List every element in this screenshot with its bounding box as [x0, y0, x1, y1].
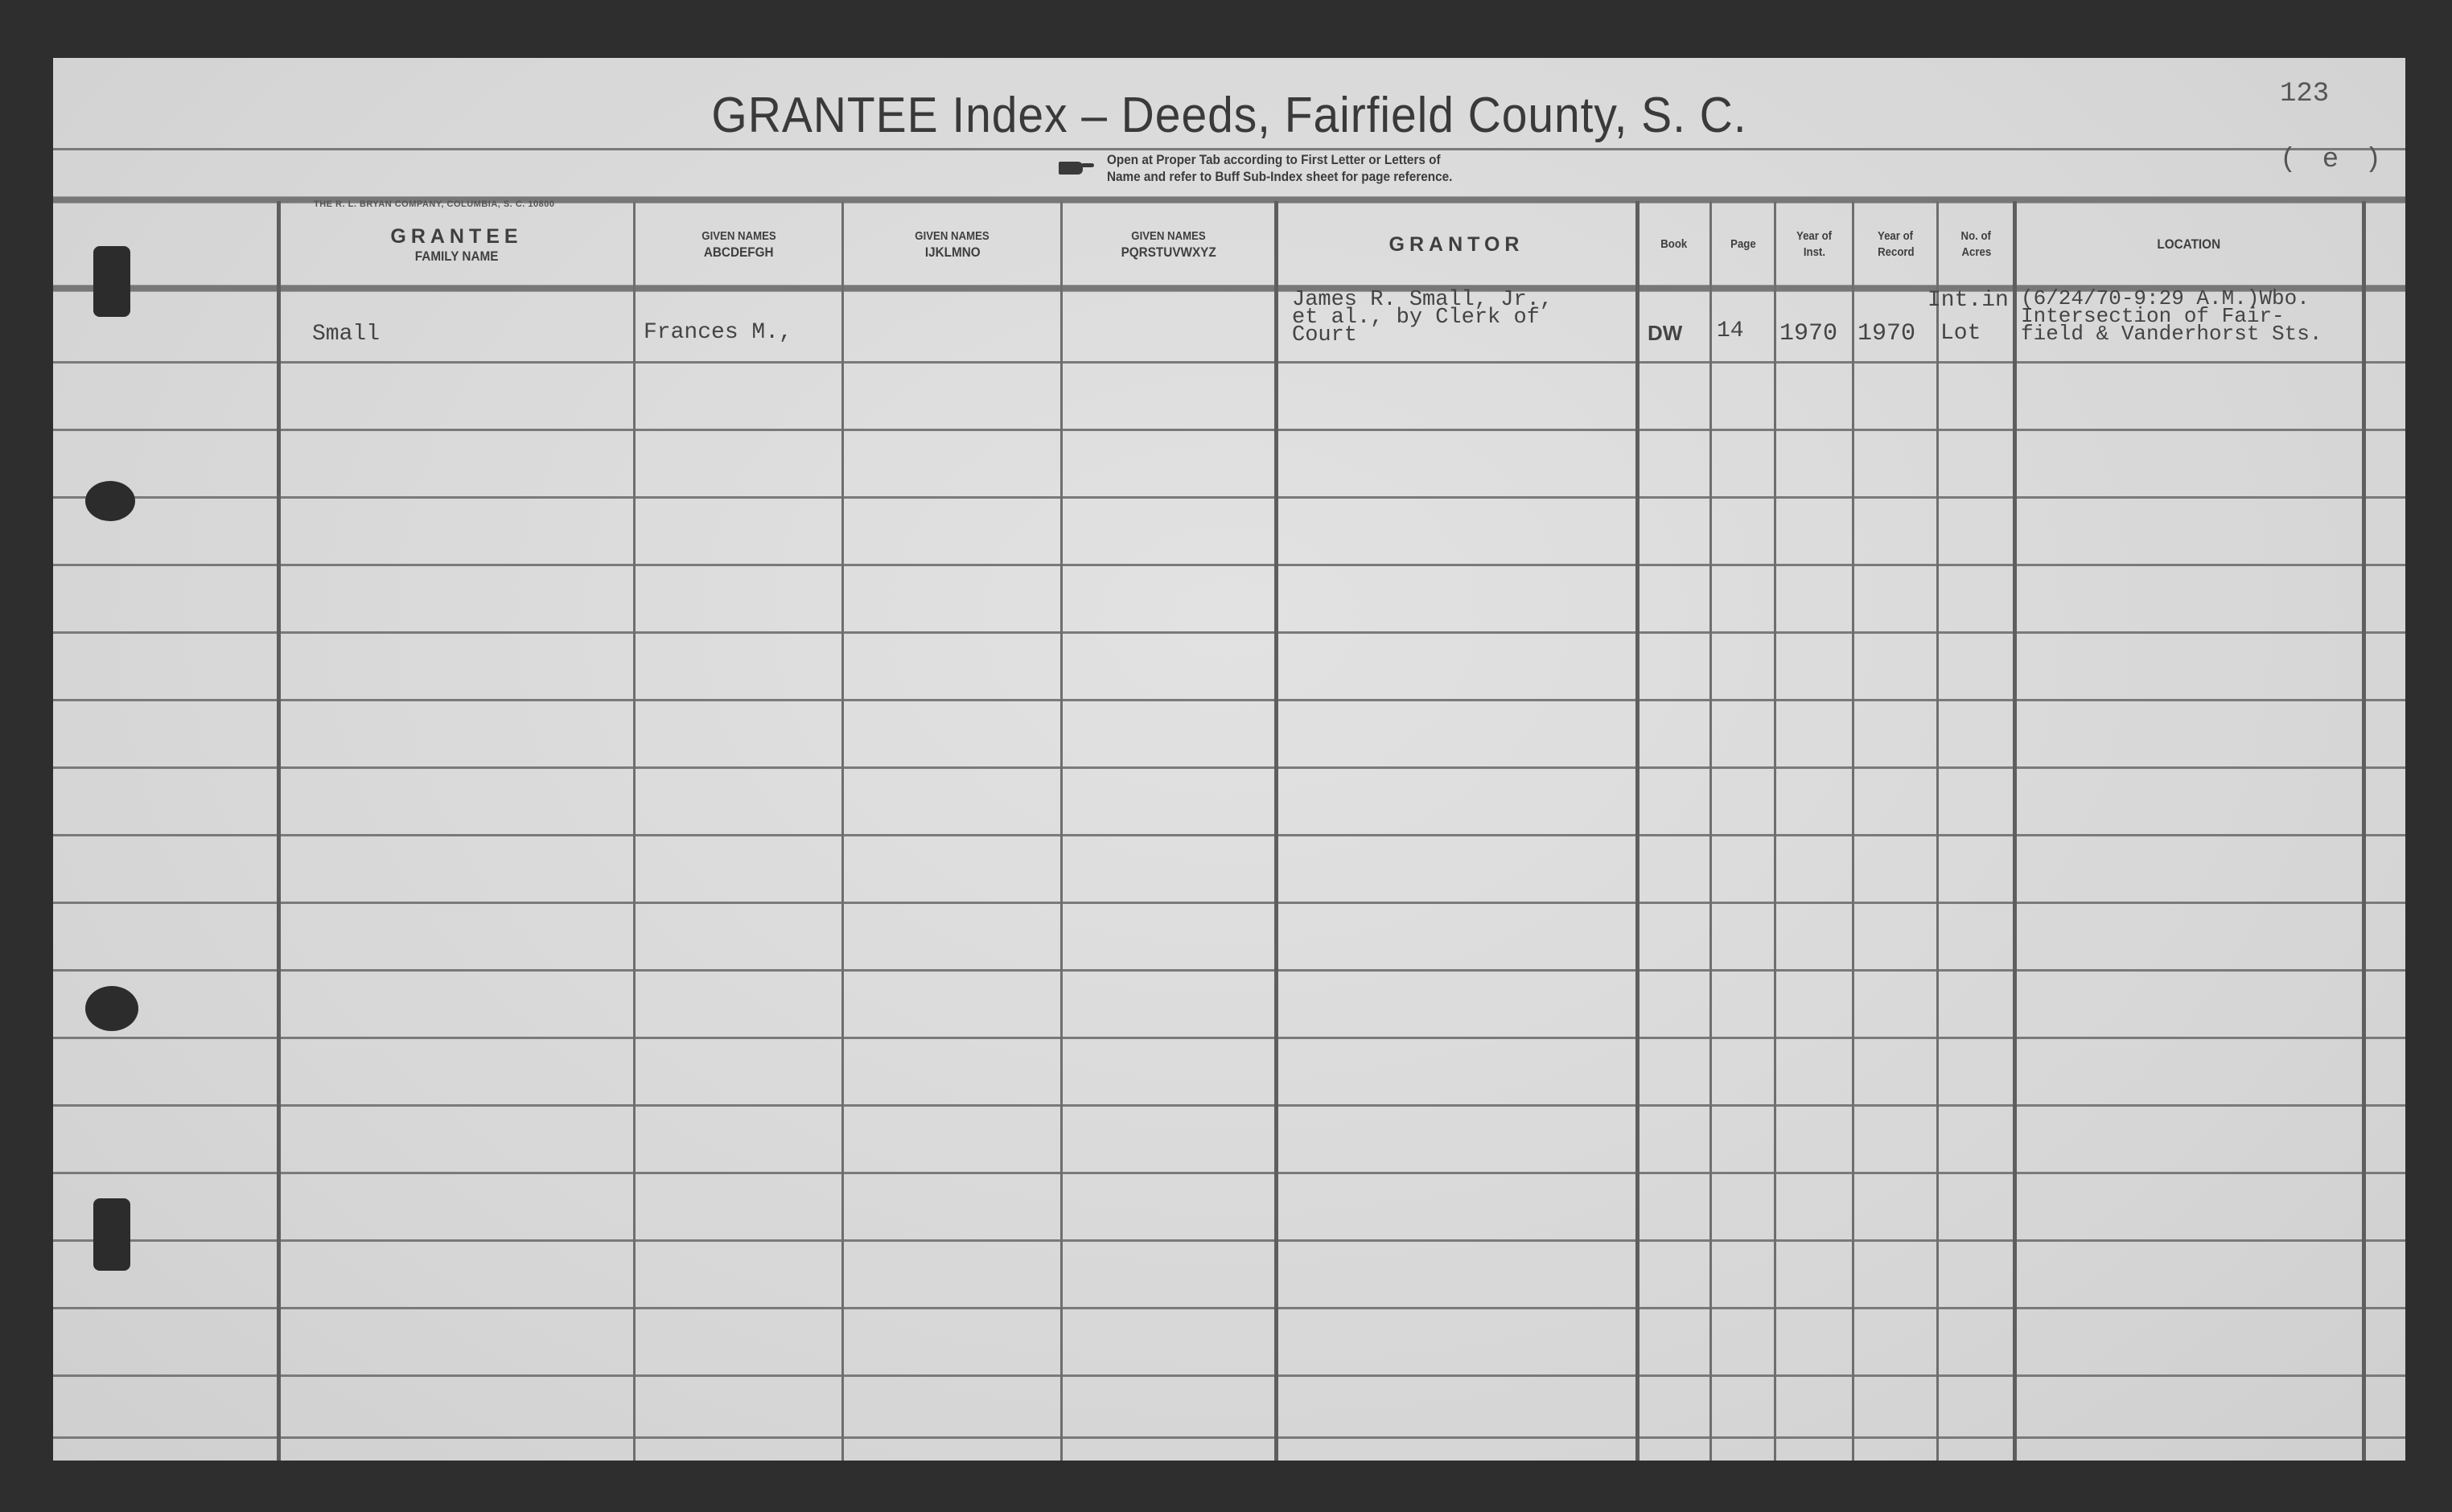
entry-page: 14 — [1717, 318, 1744, 343]
header-year-record: Year of Record — [1853, 203, 1938, 286]
row-rule — [53, 834, 2405, 836]
column-rule — [1936, 201, 1939, 1461]
entry-grantor: James R. Small, Jr., et al., by Clerk of… — [1292, 291, 1553, 344]
column-rule — [1274, 201, 1278, 1461]
column-rule — [1635, 201, 1639, 1461]
title-rule — [53, 148, 2405, 150]
column-rule — [1709, 201, 1712, 1461]
header-given-ijklmno: GIVEN NAMES IJKLMNO — [843, 203, 1062, 286]
column-rule — [1060, 201, 1063, 1461]
header-book: Book — [1637, 203, 1711, 286]
entry-acres-note: Int.in — [1927, 288, 2009, 313]
entry-book: DW — [1648, 321, 1682, 346]
row-rule — [53, 766, 2405, 769]
row-rule — [53, 969, 2405, 972]
row-rule — [53, 496, 2405, 499]
row-rule — [53, 361, 2405, 364]
row-rule — [53, 1307, 2405, 1309]
row-rule — [53, 1104, 2405, 1107]
instruction-line-1: Open at Proper Tab according to First Le… — [1107, 151, 1452, 168]
binder-hole — [85, 986, 138, 1031]
row-rule — [53, 1239, 2405, 1242]
header-year-inst: Year of Inst. — [1775, 203, 1853, 286]
column-rule — [277, 201, 281, 1461]
binder-hole — [93, 1198, 130, 1271]
row-rule — [53, 1436, 2405, 1439]
entry-year-record: 1970 — [1858, 320, 1915, 347]
row-rule — [53, 1037, 2405, 1039]
entry-given-name: Frances M., — [644, 320, 792, 345]
instruction-note: Open at Proper Tab according to First Le… — [1059, 151, 1491, 185]
header-given-pqrstuvwxyz: GIVEN NAMES PQRSTUVWXYZ — [1062, 203, 1276, 286]
column-rule — [2013, 201, 2017, 1461]
column-rule — [2362, 201, 2366, 1461]
index-sheet: GRANTEE Index – Deeds, Fairfield County,… — [53, 58, 2405, 1461]
page-number: 123 — [2280, 79, 2329, 109]
instruction-line-2: Name and refer to Buff Sub-Index sheet f… — [1107, 168, 1452, 185]
row-rule — [53, 631, 2405, 634]
row-rule — [53, 1172, 2405, 1174]
pointing-hand-icon — [1059, 160, 1096, 176]
letter-tab-label: ( e ) — [2280, 145, 2386, 175]
row-rule — [53, 699, 2405, 701]
header-acres: No. of Acres — [1938, 203, 2014, 286]
entry-family-name: Small — [312, 322, 380, 347]
row-rule — [53, 429, 2405, 431]
header-given-abcdefgh: GIVEN NAMES ABCDEFGH — [635, 203, 843, 286]
binder-hole — [85, 481, 135, 521]
column-rule — [1774, 201, 1776, 1461]
row-rule — [53, 1374, 2405, 1377]
header-grantor: GRANTOR — [1276, 203, 1637, 286]
column-rule — [841, 201, 844, 1461]
binder-hole — [93, 246, 130, 317]
column-rule — [633, 201, 636, 1461]
header-grantee-family: GRANTEE FAMILY NAME — [278, 203, 635, 286]
column-rule — [1852, 201, 1854, 1461]
header-page: Page — [1711, 203, 1775, 286]
entry-location: (6/24/70-9:29 A.M.)Wbo. Intersection of … — [2021, 290, 2322, 343]
row-rule — [53, 902, 2405, 904]
page-title: GRANTEE Index – Deeds, Fairfield County,… — [147, 87, 2311, 144]
row-rule — [53, 564, 2405, 566]
entry-year-inst: 1970 — [1779, 320, 1837, 347]
entry-acres: Lot — [1940, 321, 1981, 346]
header-location: LOCATION — [2014, 203, 2363, 286]
